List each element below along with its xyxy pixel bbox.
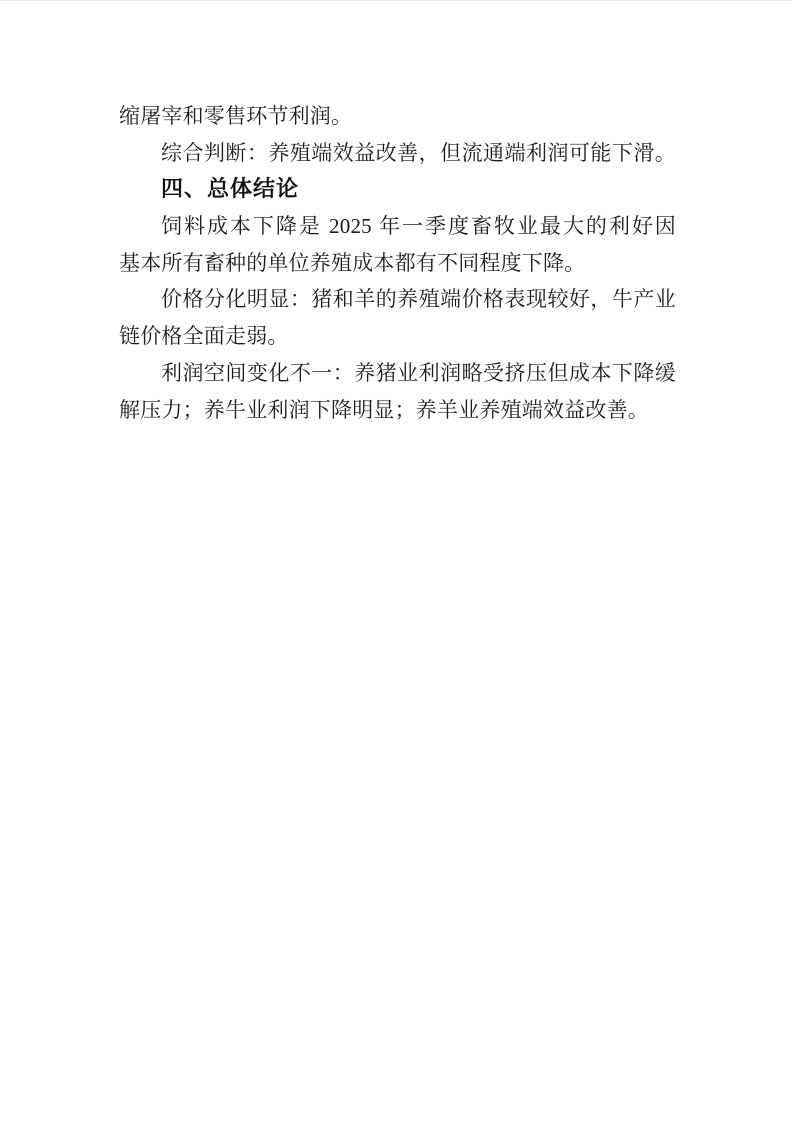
body-line: 饲料成本下降是 2025 年一季度畜牧业最大的利好因素， xyxy=(119,208,676,245)
body-line: 解压力；养牛业利润下降明显；养羊业养殖端效益改善。 xyxy=(119,392,676,429)
body-line: 价格分化明显：猪和羊的养殖端价格表现较好，牛产业 xyxy=(119,281,676,318)
text-block: 缩屠宰和零售环节利润。综合判断：养殖端效益改善，但流通端利润可能下滑。四、总体结… xyxy=(119,98,676,428)
body-line: 基本所有畜种的单位养殖成本都有不同程度下降。 xyxy=(119,245,676,282)
body-line: 利润空间变化不一：养猪业利润略受挤压但成本下降缓 xyxy=(119,355,676,392)
section-heading: 四、总体结论 xyxy=(119,171,676,208)
body-line: 缩屠宰和零售环节利润。 xyxy=(119,98,676,135)
body-line: 综合判断：养殖端效益改善，但流通端利润可能下滑。 xyxy=(119,135,676,172)
document-page: 缩屠宰和零售环节利润。综合判断：养殖端效益改善，但流通端利润可能下滑。四、总体结… xyxy=(0,0,793,1122)
body-line: 链价格全面走弱。 xyxy=(119,318,676,355)
